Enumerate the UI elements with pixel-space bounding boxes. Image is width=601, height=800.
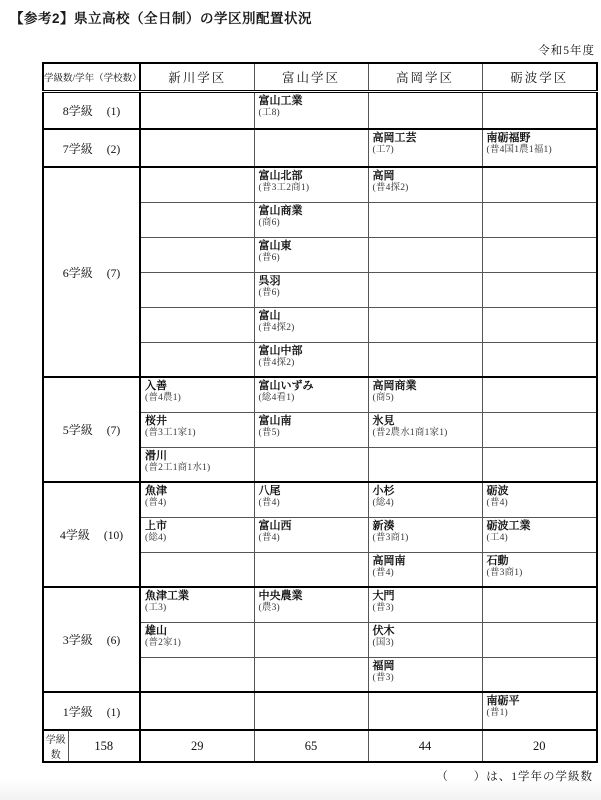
- school-cell: 高岡南 (普4): [368, 552, 482, 587]
- school-cell: 入善 (普4農1): [140, 377, 254, 412]
- empty-cell: [482, 587, 597, 622]
- group-size: 5学級: [63, 421, 93, 438]
- school-classes: (普3工1家1): [145, 428, 250, 440]
- school-classes: (商5): [373, 393, 478, 405]
- school-classes: (普3工2商1): [259, 183, 364, 195]
- empty-cell: [482, 657, 597, 692]
- empty-cell: [254, 657, 368, 692]
- school-name: 入善: [145, 380, 250, 393]
- school-cell: 富山いずみ (総4看1): [254, 377, 368, 412]
- school-cell: 砺波工業 (工4): [482, 517, 597, 552]
- empty-cell: [482, 447, 597, 482]
- total-overall: 158: [68, 730, 140, 762]
- table-row: 5学級(7) 入善 (普4農1) 富山いずみ (総4看1) 高岡商業 (商5): [43, 377, 597, 412]
- school-name: 富山東: [259, 240, 364, 253]
- school-name: 富山中部: [259, 345, 364, 358]
- school-cell: 福岡 (普3): [368, 657, 482, 692]
- empty-cell: [482, 412, 597, 447]
- school-classes: (普4探2): [259, 358, 364, 370]
- school-cell: 八尾 (普4): [254, 482, 368, 517]
- school-name: 高岡: [373, 170, 478, 183]
- header-district-takaoka: 高岡学区: [368, 63, 482, 91]
- group-count: (7): [107, 425, 120, 437]
- school-name: 滑川: [145, 450, 250, 463]
- group-size: 7学級: [63, 140, 93, 157]
- school-name: 上市: [145, 520, 250, 533]
- empty-cell: [482, 342, 597, 377]
- school-cell: 高岡 (普4探2): [368, 167, 482, 202]
- empty-cell: [482, 167, 597, 202]
- school-cell: 南砺平 (普1): [482, 692, 597, 730]
- school-cell: 富山東 (普6): [254, 237, 368, 272]
- empty-cell: [368, 237, 482, 272]
- school-classes: (商6): [259, 218, 364, 230]
- empty-cell: [140, 202, 254, 237]
- school-cell: 滑川 (普2工1商1水1): [140, 447, 254, 482]
- district-allocation-table: 学級数/学年（学校数） 新川学区 富山学区 高岡学区 砺波学区 8学級(1) 富…: [42, 62, 598, 763]
- table-row: 1学級(1) 南砺平 (普1): [43, 692, 597, 730]
- group-label-3: 3学級(6): [43, 587, 140, 692]
- school-classes: (総4看1): [259, 393, 364, 405]
- school-name: 富山: [259, 310, 364, 323]
- school-classes: (普2農水1商1家1): [373, 428, 478, 440]
- school-classes: (工8): [259, 108, 364, 120]
- school-cell: 小杉 (総4): [368, 482, 482, 517]
- empty-cell: [140, 692, 254, 730]
- school-classes: (普4): [259, 533, 364, 545]
- empty-cell: [140, 272, 254, 307]
- school-classes: (普3): [373, 603, 478, 615]
- school-classes: (普6): [259, 288, 364, 300]
- empty-cell: [140, 129, 254, 167]
- school-cell: 富山 (普4探2): [254, 307, 368, 342]
- empty-cell: [482, 272, 597, 307]
- total-label: 学級数: [43, 730, 68, 762]
- table-row: 3学級(6) 魚津工業 (工3) 中央農業 (農3) 大門 (普3): [43, 587, 597, 622]
- school-name: 富山西: [259, 520, 364, 533]
- school-cell: 氷見 (普2農水1商1家1): [368, 412, 482, 447]
- school-cell: 高岡工芸 (工7): [368, 129, 482, 167]
- group-size: 4学級: [60, 526, 90, 543]
- total-row: 学級数 158 29 65 44 20: [43, 730, 597, 762]
- empty-cell: [368, 272, 482, 307]
- school-cell: 高岡商業 (商5): [368, 377, 482, 412]
- school-name: 福岡: [373, 660, 478, 673]
- school-name: 富山工業: [259, 95, 364, 108]
- empty-cell: [140, 91, 254, 129]
- school-cell: 上市 (総4): [140, 517, 254, 552]
- school-name: 高岡商業: [373, 380, 478, 393]
- empty-cell: [482, 237, 597, 272]
- empty-cell: [254, 129, 368, 167]
- school-classes: (工7): [373, 145, 478, 157]
- school-name: 八尾: [259, 485, 364, 498]
- group-count: (10): [104, 530, 123, 542]
- school-cell: 富山南 (普5): [254, 412, 368, 447]
- school-classes: (普4農1): [145, 393, 250, 405]
- school-name: 石動: [487, 555, 593, 568]
- school-cell: 魚津工業 (工3): [140, 587, 254, 622]
- empty-cell: [140, 342, 254, 377]
- school-cell: 桜井 (普3工1家1): [140, 412, 254, 447]
- school-classes: (農3): [259, 603, 364, 615]
- school-cell: 富山工業 (工8): [254, 91, 368, 129]
- total-niikawa: 29: [140, 730, 254, 762]
- school-name: 富山北部: [259, 170, 364, 183]
- empty-cell: [254, 622, 368, 657]
- empty-cell: [368, 202, 482, 237]
- school-name: 魚津: [145, 485, 250, 498]
- school-classes: (普4): [373, 568, 478, 580]
- group-size: 6学級: [63, 264, 93, 281]
- school-name: 南砺福野: [487, 132, 593, 145]
- empty-cell: [140, 552, 254, 587]
- school-name: 呉羽: [259, 275, 364, 288]
- school-cell: 新湊 (普3商1): [368, 517, 482, 552]
- school-cell: 魚津 (普4): [140, 482, 254, 517]
- school-cell: 南砺福野 (普4国1農1福1): [482, 129, 597, 167]
- school-name: 砺波工業: [487, 520, 593, 533]
- school-cell: 砺波 (普4): [482, 482, 597, 517]
- header-district-tonami: 砺波学区: [482, 63, 597, 91]
- school-cell: 大門 (普3): [368, 587, 482, 622]
- school-cell: 富山商業 (商6): [254, 202, 368, 237]
- group-label-5: 5学級(7): [43, 377, 140, 482]
- school-name: 高岡工芸: [373, 132, 478, 145]
- school-classes: (普4): [487, 498, 593, 510]
- school-name: 砺波: [487, 485, 593, 498]
- group-label-8: 8学級(1): [43, 91, 140, 129]
- school-name: 南砺平: [487, 695, 593, 708]
- school-name: 富山南: [259, 415, 364, 428]
- school-name: 中央農業: [259, 590, 364, 603]
- school-name: 雄山: [145, 625, 250, 638]
- school-name: 大門: [373, 590, 478, 603]
- empty-cell: [140, 307, 254, 342]
- school-cell: 石動 (普3商1): [482, 552, 597, 587]
- total-tonami: 20: [482, 730, 597, 762]
- school-classes: (総4): [145, 533, 250, 545]
- header-district-niikawa: 新川学区: [140, 63, 254, 91]
- empty-cell: [140, 657, 254, 692]
- header-row: 学級数/学年（学校数） 新川学区 富山学区 高岡学区 砺波学区: [43, 63, 597, 91]
- empty-cell: [368, 307, 482, 342]
- empty-cell: [482, 202, 597, 237]
- school-cell: 富山北部 (普3工2商1): [254, 167, 368, 202]
- group-count: (6): [107, 635, 120, 647]
- empty-cell: [482, 91, 597, 129]
- group-label-4: 4学級(10): [43, 482, 140, 587]
- school-classes: (普5): [259, 428, 364, 440]
- school-name: 富山商業: [259, 205, 364, 218]
- school-classes: (普4探2): [259, 323, 364, 335]
- school-classes: (工3): [145, 603, 250, 615]
- total-toyama: 65: [254, 730, 368, 762]
- header-district-toyama: 富山学区: [254, 63, 368, 91]
- group-count: (7): [107, 268, 120, 280]
- school-classes: (普6): [259, 253, 364, 265]
- group-label-1: 1学級(1): [43, 692, 140, 730]
- school-classes: (国3): [373, 638, 478, 650]
- school-cell: 富山西 (普4): [254, 517, 368, 552]
- empty-cell: [254, 692, 368, 730]
- group-size: 1学級: [63, 703, 93, 720]
- school-name: 氷見: [373, 415, 478, 428]
- group-label-7: 7学級(2): [43, 129, 140, 167]
- school-classes: (総4): [373, 498, 478, 510]
- empty-cell: [368, 447, 482, 482]
- school-name: 小杉: [373, 485, 478, 498]
- empty-cell: [482, 377, 597, 412]
- total-takaoka: 44: [368, 730, 482, 762]
- school-classes: (普3商1): [487, 568, 593, 580]
- school-cell: 中央農業 (農3): [254, 587, 368, 622]
- school-classes: (工4): [487, 533, 593, 545]
- empty-cell: [482, 307, 597, 342]
- group-count: (2): [107, 144, 120, 156]
- empty-cell: [140, 167, 254, 202]
- empty-cell: [254, 447, 368, 482]
- table-row: 6学級(7) 富山北部 (普3工2商1) 高岡 (普4探2): [43, 167, 597, 202]
- school-classes: (普1): [487, 708, 593, 720]
- empty-cell: [368, 91, 482, 129]
- school-name: 富山いずみ: [259, 380, 364, 393]
- empty-cell: [140, 237, 254, 272]
- school-cell: 伏木 (国3): [368, 622, 482, 657]
- school-classes: (普3商1): [373, 533, 478, 545]
- school-name: 桜井: [145, 415, 250, 428]
- empty-cell: [368, 692, 482, 730]
- empty-cell: [482, 622, 597, 657]
- school-cell: 呉羽 (普6): [254, 272, 368, 307]
- year-label: 令和5年度: [538, 42, 595, 58]
- school-name: 新湊: [373, 520, 478, 533]
- group-size: 3学級: [63, 631, 93, 648]
- page-title: 【参考2】県立高校（全日制）の学区別配置状況: [10, 7, 312, 27]
- header-class-count: 学級数/学年（学校数）: [43, 63, 140, 91]
- school-name: 伏木: [373, 625, 478, 638]
- school-classes: (普3): [373, 673, 478, 685]
- table-row: 7学級(2) 高岡工芸 (工7) 南砺福野 (普4国1農1福1): [43, 129, 597, 167]
- table-row: 8学級(1) 富山工業 (工8): [43, 91, 597, 129]
- school-classes: (普4): [259, 498, 364, 510]
- group-count: (1): [107, 707, 120, 719]
- group-size: 8学級: [63, 102, 93, 119]
- school-classes: (普2家1): [145, 638, 250, 650]
- footer-note: （ ）は、1学年の学級数: [436, 768, 593, 784]
- group-count: (1): [107, 106, 120, 118]
- school-classes: (普2工1商1水1): [145, 463, 250, 475]
- school-classes: (普4国1農1福1): [487, 145, 593, 157]
- group-label-6: 6学級(7): [43, 167, 140, 377]
- school-classes: (普4): [145, 498, 250, 510]
- school-cell: 雄山 (普2家1): [140, 622, 254, 657]
- school-name: 魚津工業: [145, 590, 250, 603]
- school-classes: (普4探2): [373, 183, 478, 195]
- empty-cell: [368, 342, 482, 377]
- school-cell: 富山中部 (普4探2): [254, 342, 368, 377]
- empty-cell: [254, 552, 368, 587]
- table-row: 4学級(10) 魚津 (普4) 八尾 (普4) 小杉 (総4) 砺波 (普4): [43, 482, 597, 517]
- school-name: 高岡南: [373, 555, 478, 568]
